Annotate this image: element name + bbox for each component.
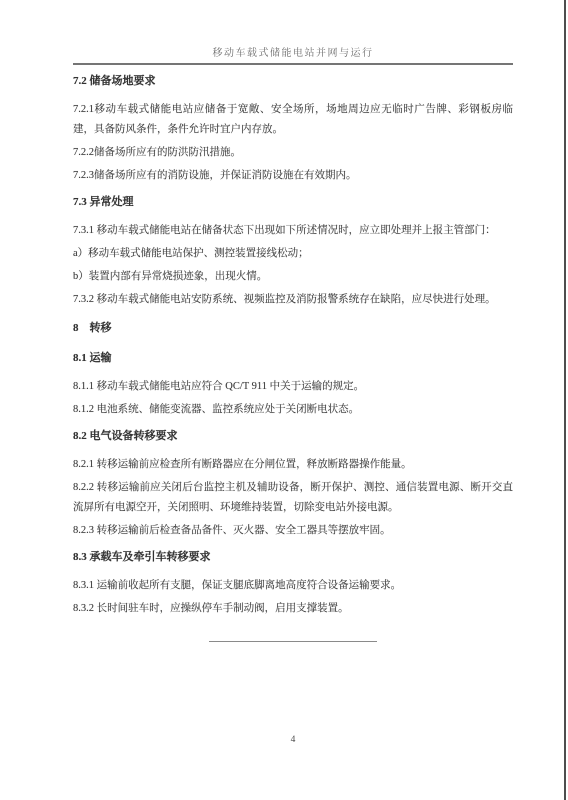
paragraph-7-2-2: 7.2.2储备场所应有的防洪防汛措施。 xyxy=(73,143,513,163)
heading-8-2: 8.2 电气设备转移要求 xyxy=(73,426,513,446)
paragraph-8-2-3: 8.2.3 转移运输前后检查备品备件、灭火器、安全工器具等摆放牢固。 xyxy=(73,521,513,541)
page-header: 移动车载式储能电站并网与运行 xyxy=(73,0,513,65)
scan-edge-artifact xyxy=(564,0,566,800)
page-number: 4 xyxy=(73,735,513,745)
paragraph-8-2-1: 8.2.1 转移运输前应检查所有断路器应在分闸位置，释放断路器操作能量。 xyxy=(73,455,513,475)
paragraph-7-2-3: 7.2.3储备场所应有的消防设施，并保证消防设施在有效期内。 xyxy=(73,166,513,186)
paragraph-8-3-2: 8.3.2 长时间驻车时，应操纵停车手制动阀，启用支撑装置。 xyxy=(73,599,513,619)
heading-7-2: 7.2 储备场地要求 xyxy=(73,71,513,91)
running-header-title: 移动车载式储能电站并网与运行 xyxy=(73,47,513,60)
paragraph-7-3-1: 7.3.1 移动车载式储能电站在储备状态下出现如下所述情况时，应立即处理并上报主… xyxy=(73,221,513,241)
paragraph-8-1-2: 8.1.2 电池系统、储能变流器、监控系统应处于关闭断电状态。 xyxy=(73,400,513,420)
heading-8-1: 8.1 运输 xyxy=(73,348,513,368)
header-rule xyxy=(73,63,513,65)
document-body: 7.2 储备场地要求 7.2.1移动车载式储能电站应储备于宽敞、安全场所，场地周… xyxy=(73,71,513,642)
paragraph-7-2-1: 7.2.1移动车载式储能电站应储备于宽敞、安全场所，场地周边应无临时广告牌、彩钢… xyxy=(73,100,513,140)
end-divider xyxy=(209,641,377,642)
list-item-b: b）装置内部有异常烧损迹象，出现火情。 xyxy=(73,267,513,287)
paragraph-8-1-1: 8.1.1 移动车载式储能电站应符合 QC/T 911 中关于运输的规定。 xyxy=(73,377,513,397)
list-item-a: a）移动车载式储能电站保护、测控装置接线松动； xyxy=(73,244,513,264)
paragraph-8-2-2: 8.2.2 转移运输前应关闭后台监控主机及辅助设备，断开保护、测控、通信装置电源… xyxy=(73,478,513,518)
heading-8: 8 转移 xyxy=(73,318,513,338)
paragraph-7-3-2: 7.3.2 移动车载式储能电站安防系统、视频监控及消防报警系统存在缺陷，应尽快进… xyxy=(73,290,513,310)
heading-8-3: 8.3 承载车及牵引车转移要求 xyxy=(73,547,513,567)
document-page: 移动车载式储能电站并网与运行 7.2 储备场地要求 7.2.1移动车载式储能电站… xyxy=(73,0,513,800)
heading-7-3: 7.3 异常处理 xyxy=(73,192,513,212)
paragraph-8-3-1: 8.3.1 运输前收起所有支腿，保证支腿底脚离地高度符合设备运输要求。 xyxy=(73,576,513,596)
